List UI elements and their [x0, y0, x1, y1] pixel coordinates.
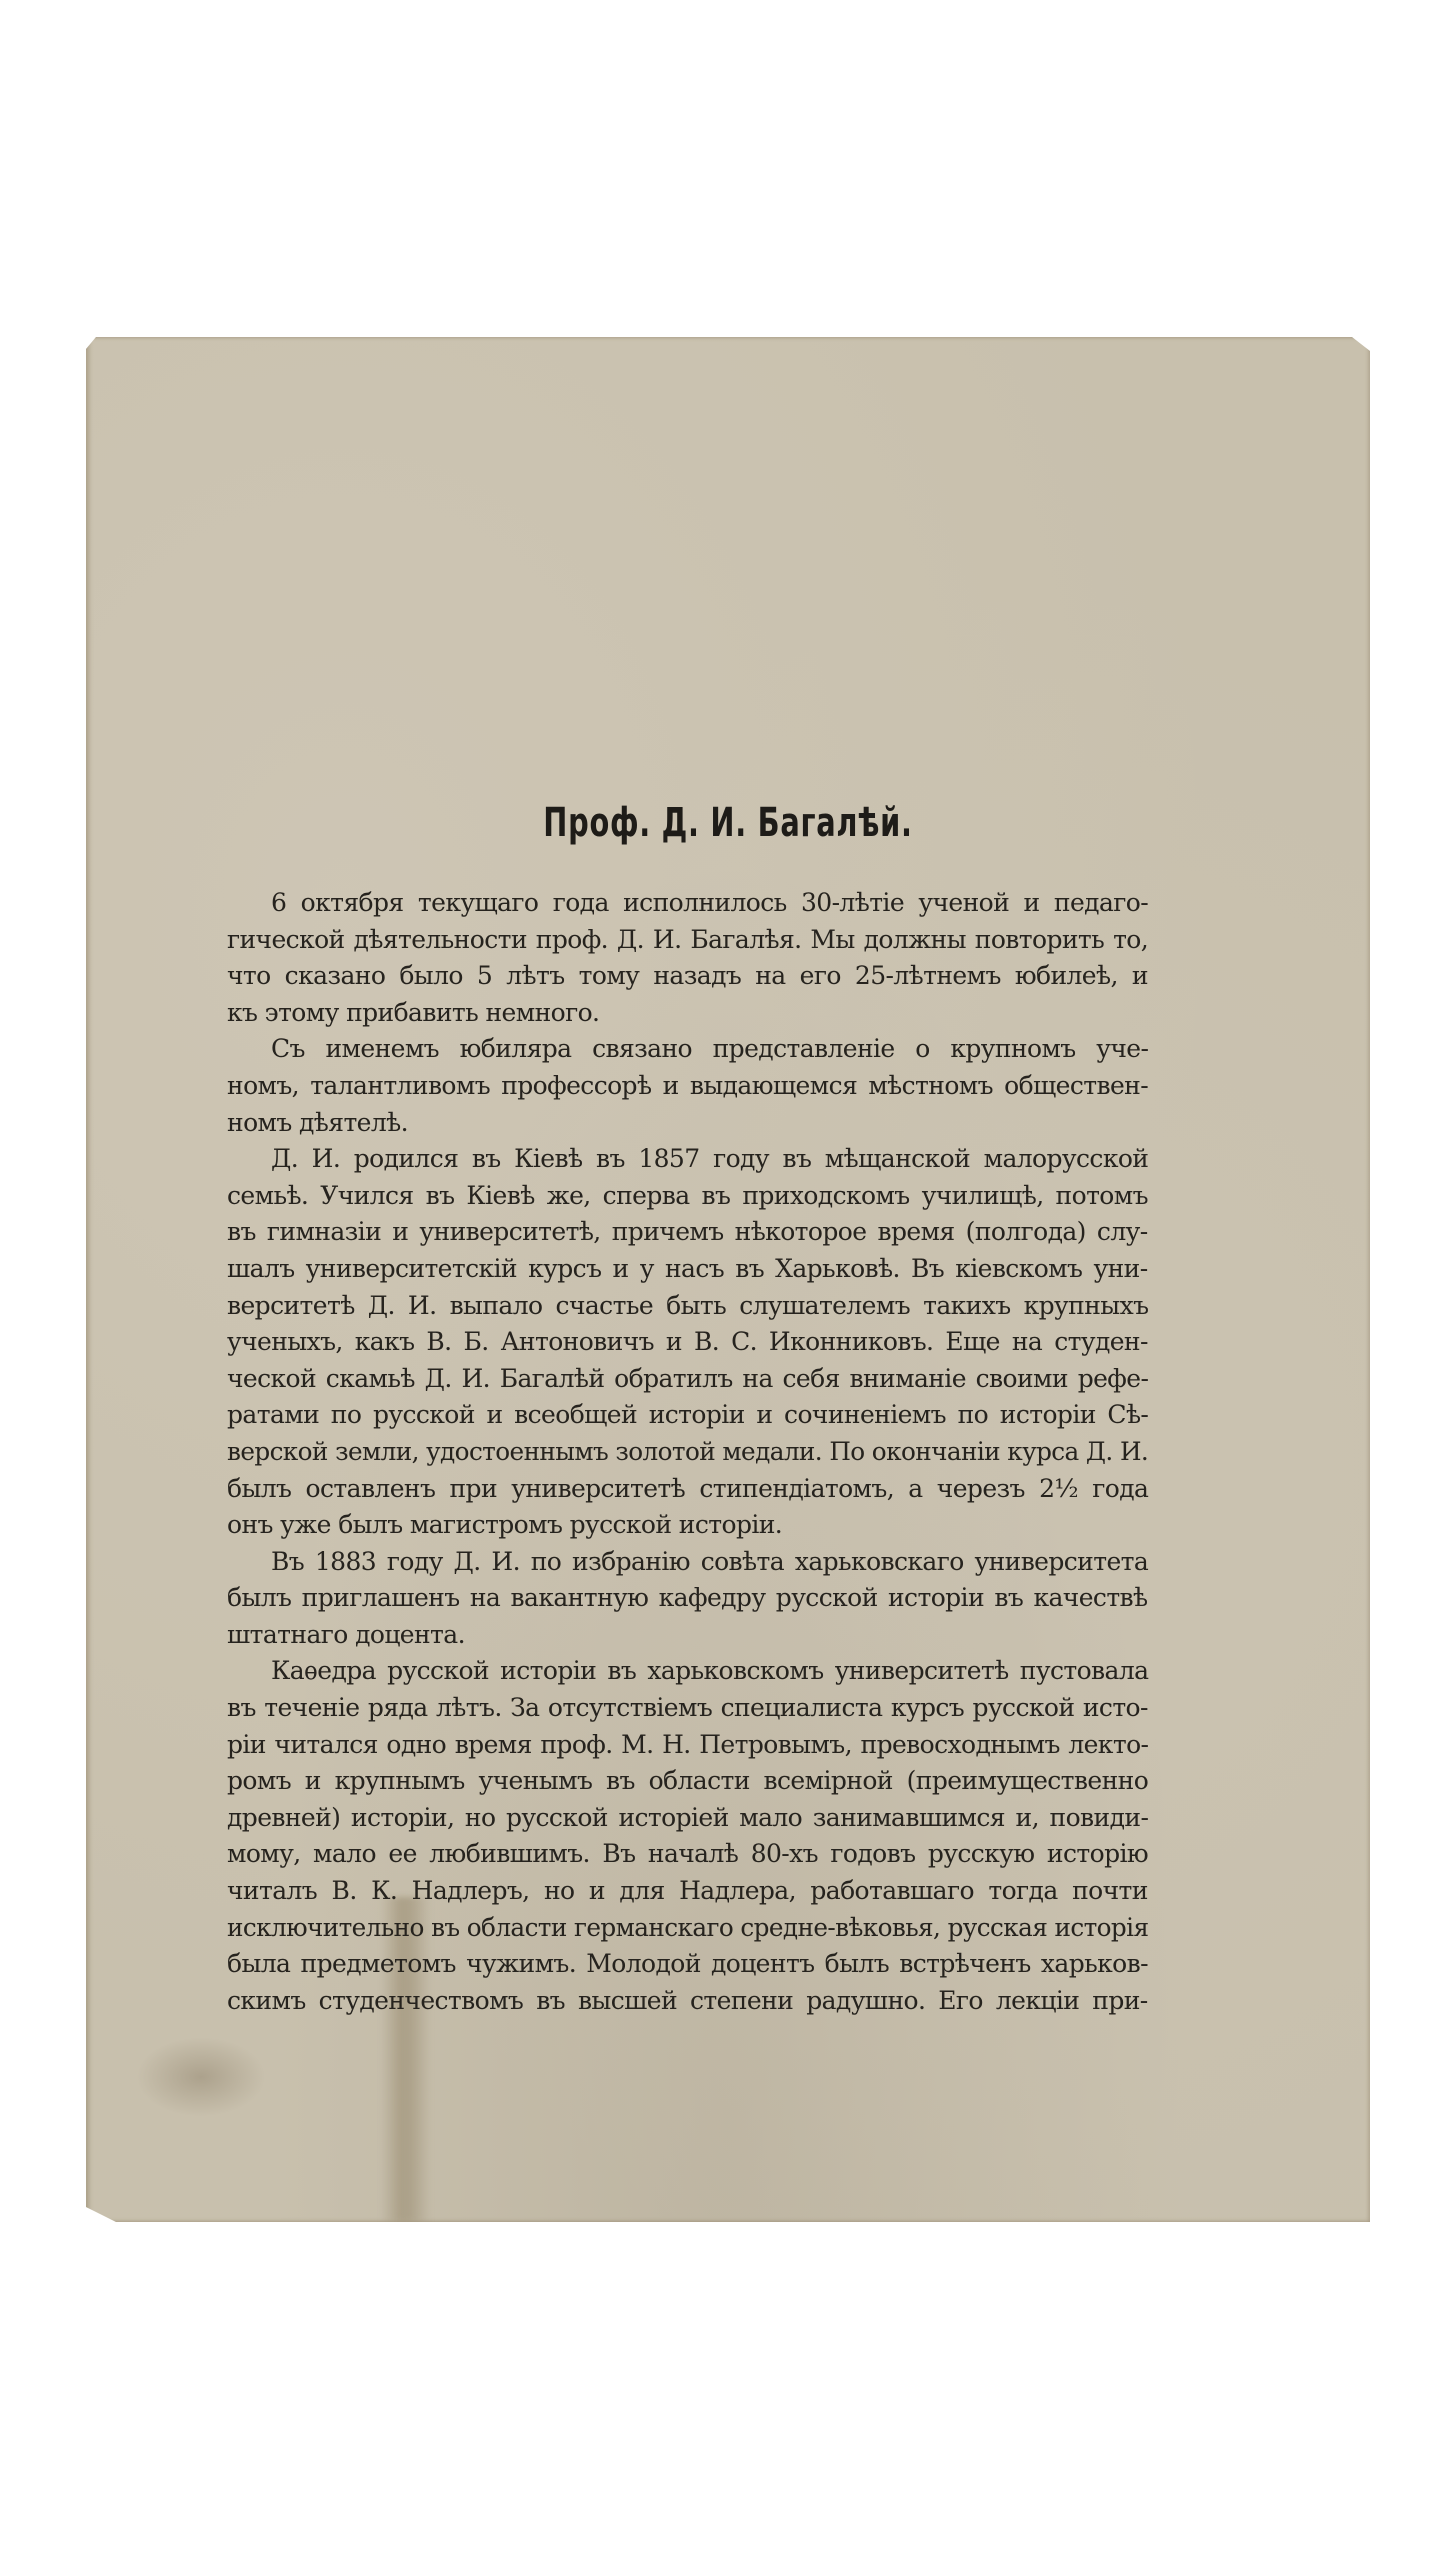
text-line: была предметомъ чужимъ. Молодой доцентъ …: [227, 1946, 1148, 1983]
text-line: былъ оставленъ при университетѣ стипенді…: [227, 1471, 1148, 1508]
text-line: гической дѣятельности проф. Д. И. Багалѣ…: [227, 922, 1148, 959]
text-line: Каѳедра русской исторіи въ харьковскомъ …: [227, 1653, 1148, 1690]
paragraph: 6 октября текущаго года исполнилось 30-л…: [227, 885, 1148, 1031]
text-line: читалъ В. К. Надлеръ, но и для Надлера, …: [227, 1873, 1148, 1910]
text-line: скимъ студенчествомъ въ высшей степени р…: [227, 1983, 1148, 2020]
text-line: номъ, талантливомъ профессорѣ и выдающем…: [227, 1068, 1148, 1105]
scanned-page: Проф. Д. И. Багалѣй. 6 октября текущаго …: [86, 337, 1370, 2222]
text-line: штатнаго доцента.: [227, 1617, 1148, 1654]
text-line: 6 октября текущаго года исполнилось 30-л…: [227, 885, 1148, 922]
text-line: Въ 1883 году Д. И. по избранію совѣта ха…: [227, 1544, 1148, 1581]
text-line: къ этому прибавить немного.: [227, 995, 1148, 1032]
text-line: верситетѣ Д. И. выпало счастье быть слуш…: [227, 1288, 1148, 1325]
article-body: 6 октября текущаго года исполнилось 30-л…: [227, 885, 1148, 2019]
paragraph: Д. И. родился въ Кіевѣ въ 1857 году въ м…: [227, 1141, 1148, 1544]
text-line: былъ приглашенъ на вакантную кафедру рус…: [227, 1580, 1148, 1617]
text-line: Съ именемъ юбиляра связано представленіе…: [227, 1031, 1148, 1068]
text-line: мому, мало ее любившимъ. Въ началѣ 80-хъ…: [227, 1836, 1148, 1873]
text-line: древней) исторіи, но русской исторіей ма…: [227, 1800, 1148, 1837]
text-line: Д. И. родился въ Кіевѣ въ 1857 году въ м…: [227, 1141, 1148, 1178]
text-line: верской земли, удостоеннымъ золотой меда…: [227, 1434, 1148, 1471]
article-title: Проф. Д. И. Багалѣй.: [266, 800, 1190, 846]
text-line: онъ уже былъ магистромъ русской исторіи.: [227, 1507, 1148, 1544]
paragraph: Съ именемъ юбиляра связано представленіе…: [227, 1031, 1148, 1141]
text-line: номъ дѣятелѣ.: [227, 1105, 1148, 1142]
text-line: въ теченіе ряда лѣтъ. За отсутствіемъ сп…: [227, 1690, 1148, 1727]
text-line: ученыхъ, какъ В. Б. Антоновичъ и В. С. И…: [227, 1324, 1148, 1361]
text-line: въ гимназіи и университетѣ, причемъ нѣко…: [227, 1214, 1148, 1251]
text-line: ческой скамьѣ Д. И. Багалѣй обратилъ на …: [227, 1361, 1148, 1398]
text-line: ромъ и крупнымъ ученымъ въ области всемі…: [227, 1763, 1148, 1800]
text-line: что сказано было 5 лѣтъ тому назадъ на е…: [227, 958, 1148, 995]
text-line: семьѣ. Учился въ Кіевѣ же, сперва въ при…: [227, 1178, 1148, 1215]
text-line: ратами по русской и всеобщей исторіи и с…: [227, 1397, 1148, 1434]
paragraph: Въ 1883 году Д. И. по избранію совѣта ха…: [227, 1544, 1148, 1654]
text-line: шалъ университетскій курсъ и у насъ въ Х…: [227, 1251, 1148, 1288]
paragraph: Каѳедра русской исторіи въ харьковскомъ …: [227, 1653, 1148, 2019]
foxing-marks: [136, 2037, 266, 2117]
text-line: ріи читался одно время проф. М. Н. Петро…: [227, 1727, 1148, 1764]
text-line: исключительно въ области германскаго сре…: [227, 1910, 1148, 1947]
